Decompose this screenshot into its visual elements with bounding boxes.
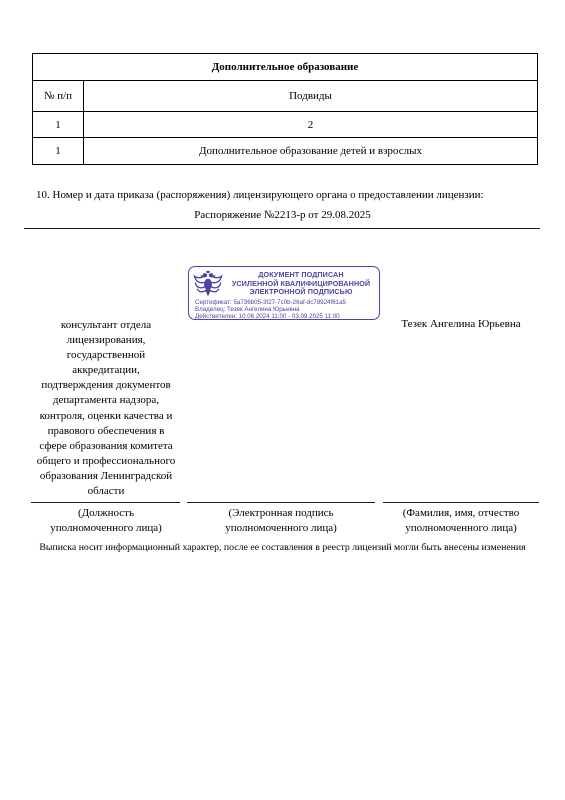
signature-line-position (31, 502, 180, 503)
signer-full-name: Тезек Ангелина Юрьевна (383, 318, 539, 330)
signature-line-name (383, 502, 539, 503)
caption-position: (Должность уполномоченного лица) (26, 506, 186, 536)
table-header-subtypes: Подвиды (84, 81, 538, 112)
section10-order-value: Распоряжение №2213-р от 29.08.2025 (0, 209, 565, 221)
table-header-num: № п/п (33, 81, 84, 112)
table-cell: 1 (33, 138, 84, 165)
table-cell: Дополнительное образование детей и взрос… (84, 138, 538, 165)
table-row: 1 2 (33, 112, 538, 138)
signer-position-text: консультант отдела лицензирования, госуд… (26, 318, 186, 499)
table-title: Дополнительное образование (33, 54, 538, 81)
stamp-header-text: ДОКУМЕНТ ПОДПИСАН УСИЛЕННОЙ КВАЛИФИЦИРОВ… (227, 271, 375, 297)
digital-signature-stamp: ДОКУМЕНТ ПОДПИСАН УСИЛЕННОЙ КВАЛИФИЦИРОВ… (188, 266, 380, 320)
informational-note: Выписка носит информационный характер, п… (0, 542, 565, 553)
caption-esign: (Электронная подпись уполномоченного лиц… (187, 506, 375, 536)
signature-line-esign (187, 502, 375, 503)
license-extract-page: Дополнительное образование № п/п Подвиды… (0, 0, 565, 800)
table-row: 1 Дополнительное образование детей и взр… (33, 138, 538, 165)
section10-label: 10. Номер и дата приказа (распоряжения) … (36, 189, 541, 201)
stamp-validity: Действителен: 10.06.2024 11:00 - 03.09.2… (195, 314, 375, 321)
caption-name: (Фамилия, имя, отчество уполномоченного … (383, 506, 539, 536)
additional-education-table: Дополнительное образование № п/п Подвиды… (32, 53, 538, 165)
horizontal-rule (24, 228, 540, 229)
state-emblem-eagle-icon (193, 270, 223, 298)
table-cell: 1 (33, 112, 84, 138)
table-cell: 2 (84, 112, 538, 138)
